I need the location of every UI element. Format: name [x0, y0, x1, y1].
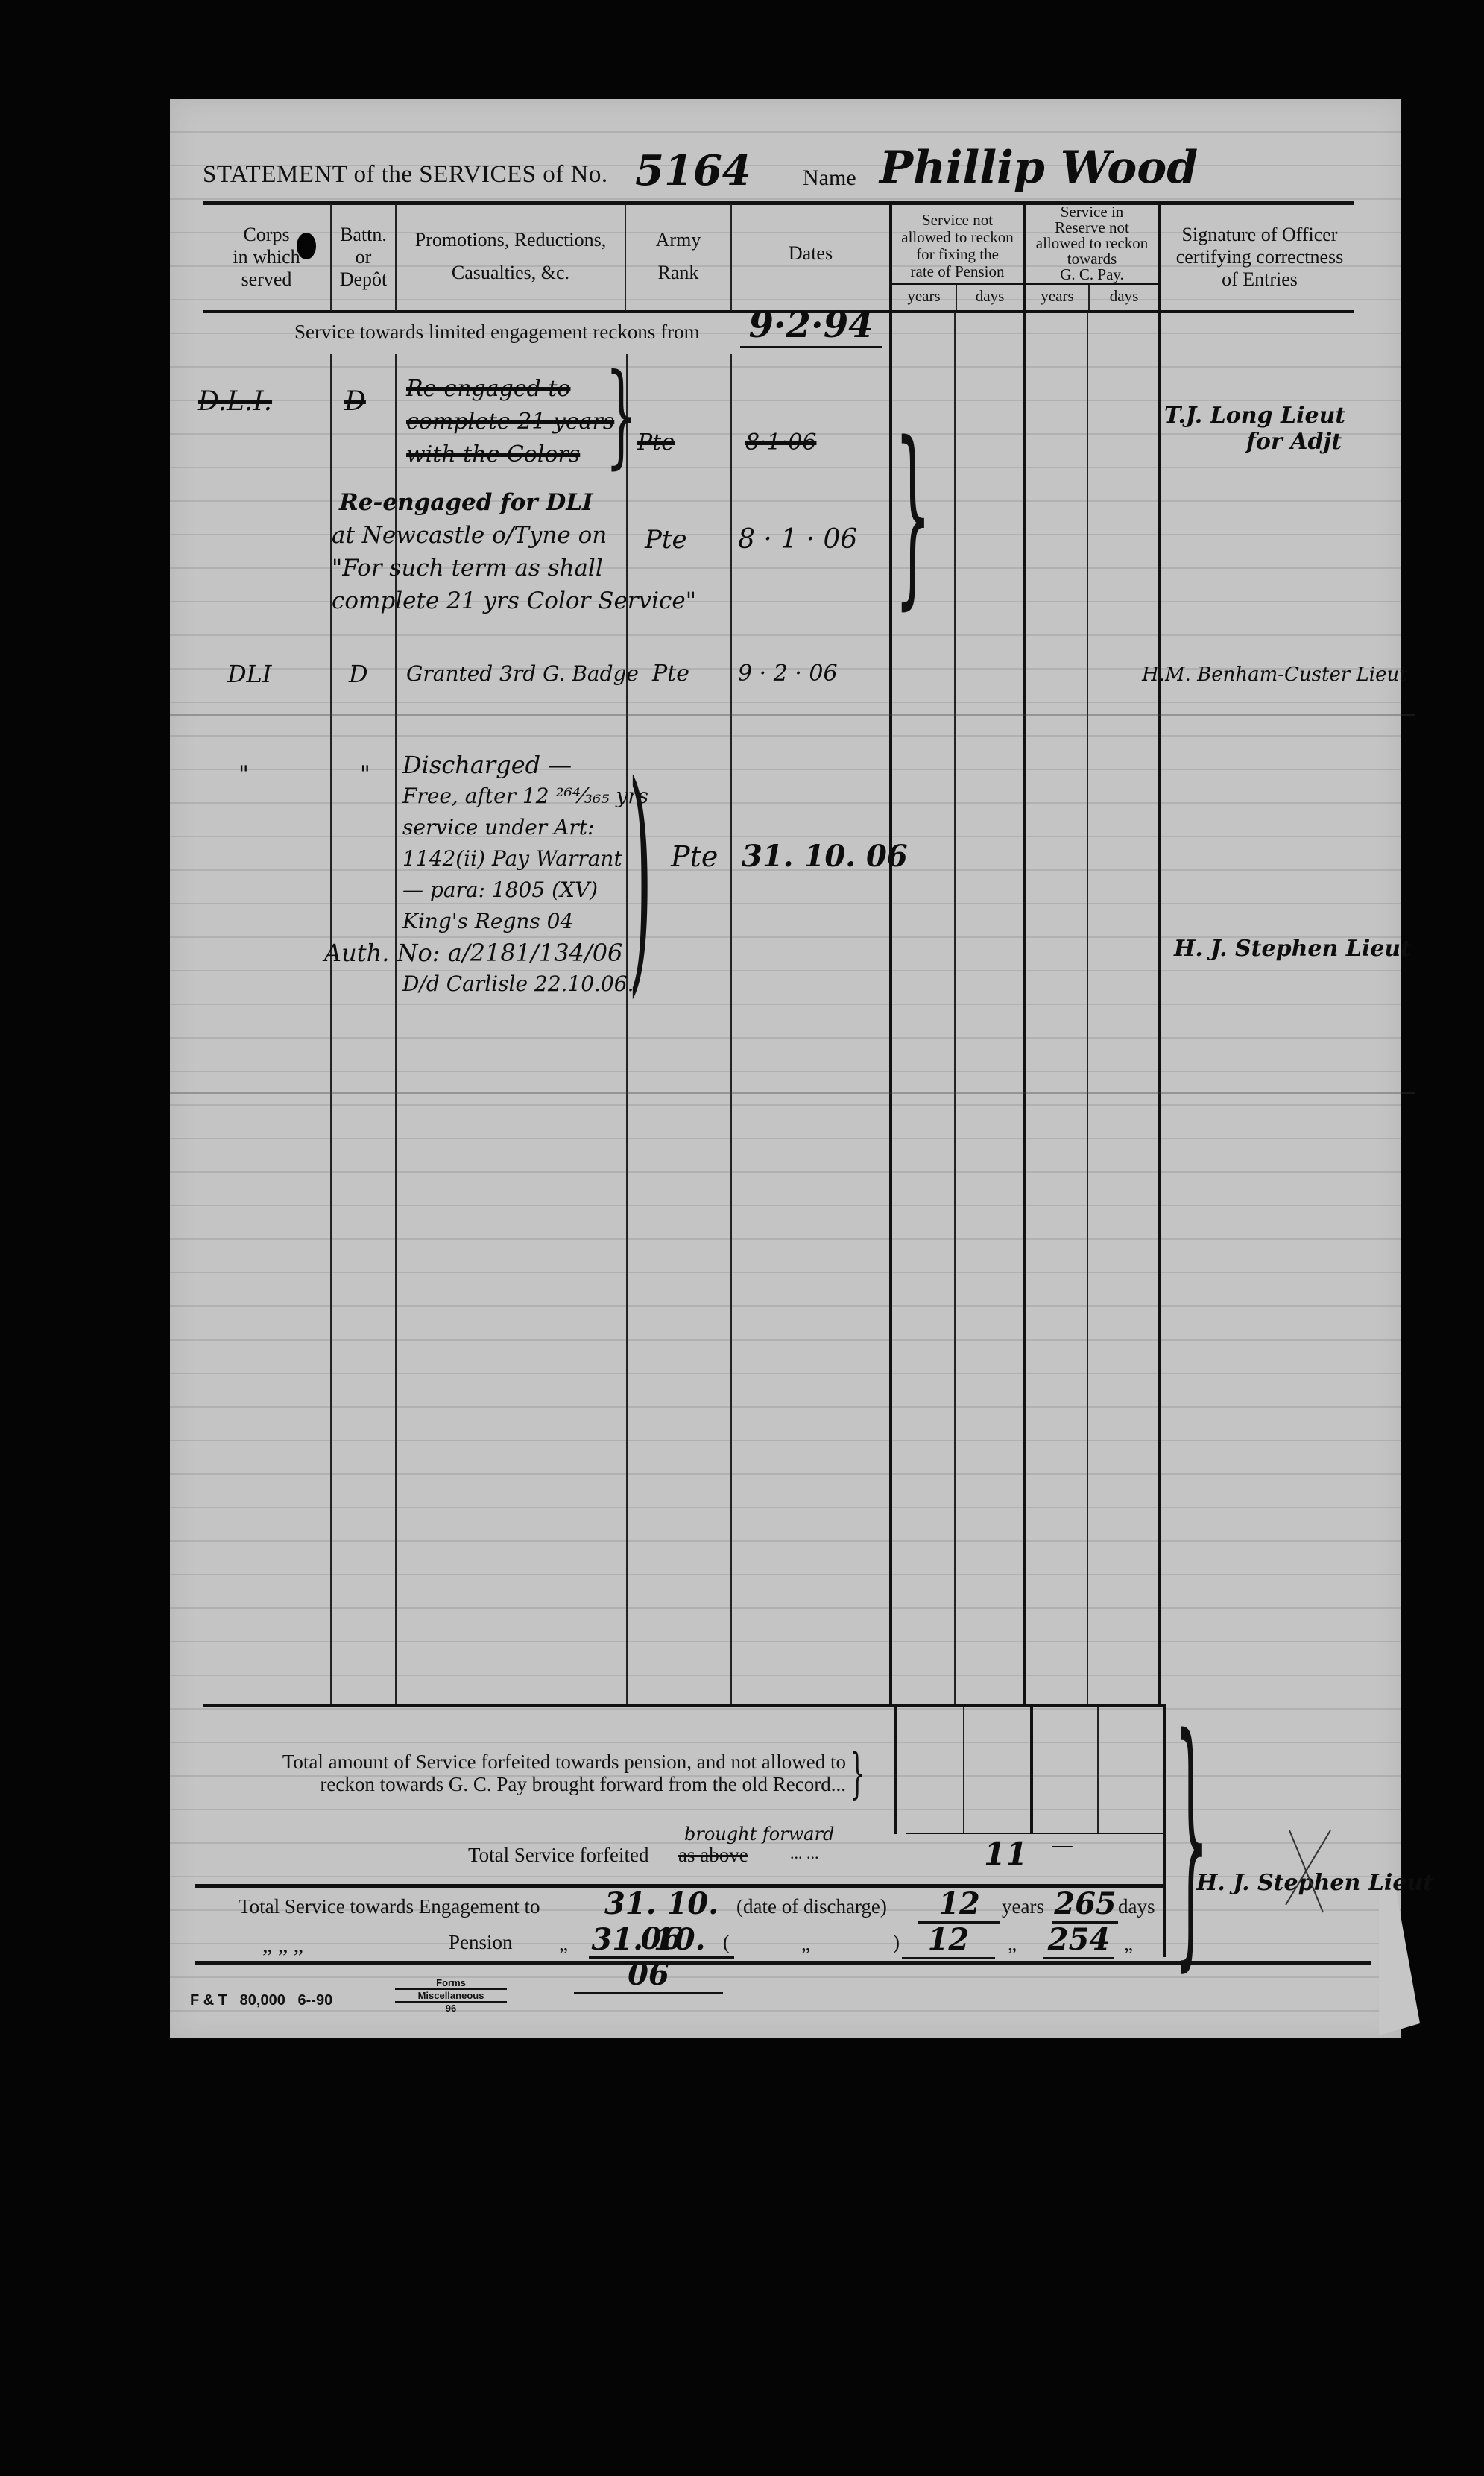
forfeit-subrule [906, 1833, 1163, 1834]
engagement-years: 12 [918, 1886, 1000, 1924]
fold-seam [170, 1092, 1415, 1094]
header-army-rank: ArmyRank [626, 224, 730, 289]
header-pension-group: Service notallowed to reckonfor fixing t… [892, 212, 1023, 280]
entry-corps-struck: D.L.I. [198, 380, 272, 423]
engagement-label: Total Service towards Engagement to [239, 1895, 540, 1918]
header-days: days [958, 288, 1022, 305]
entry-rank-struck: Pte [637, 421, 675, 464]
pension-ditto: „ „ „ [262, 1932, 303, 1958]
form-title: STATEMENT of the SERVICES of No. [203, 161, 608, 189]
entry-battn: D [349, 652, 368, 696]
header-years: years [1026, 288, 1088, 305]
header-days: days [1090, 288, 1158, 305]
header-promotions: Promotions, Reductions,Casualties, &c. [397, 224, 625, 289]
entry-text: Discharged — Free, after 12 ²⁶⁴⁄₃₆₅ yrs … [402, 749, 648, 1000]
entry-rank: Pte [671, 835, 718, 878]
forfeited-gc: — [1051, 1833, 1073, 1859]
header-signature: Signature of Officercertifying correctne… [1163, 224, 1357, 291]
totals-bottom-rule [195, 1961, 1371, 1965]
totals-right-border [1163, 1704, 1166, 1957]
ink-blot [297, 233, 316, 259]
name-label: Name [803, 166, 856, 191]
pension-years-ditto: „ [1008, 1932, 1017, 1956]
printer-code: F & T 80,000 6--90 [190, 1992, 332, 2009]
service-number: 5164 [635, 146, 751, 195]
engagement-days: 265 [1052, 1886, 1118, 1924]
entry-battn-struck: D [344, 380, 366, 423]
pension-days: 254 [1043, 1922, 1114, 1959]
header-top-rule [203, 201, 1354, 205]
days-label: days [1118, 1895, 1155, 1918]
entry-date: 8 · 1 · 06 [738, 518, 857, 561]
brace-icon: } [1174, 1704, 1208, 1972]
col-divider [1158, 312, 1161, 1704]
entry-rank: Pte [645, 518, 687, 561]
limited-engagement-date: 9·2·94 [740, 304, 882, 348]
forfeited-struck: as above [678, 1844, 748, 1867]
officer-signature: H.M. Benham-Custer Lieut [1142, 664, 1407, 686]
col-divider [963, 1707, 964, 1834]
name-value: Phillip Wood [880, 142, 1198, 194]
col-divider [1030, 1707, 1033, 1834]
fold-seam [170, 714, 1415, 716]
col-divider [956, 285, 957, 310]
forfeited-label: Total Service forfeited [468, 1844, 649, 1867]
pension-paren-open: ( [723, 1931, 730, 1954]
col-divider [1088, 285, 1090, 310]
title-prefix: STATEMENT of the SERVICES of No. [203, 161, 608, 188]
engagement-paren: (date of discharge) [736, 1895, 887, 1918]
entry-rank: Pte [652, 652, 689, 696]
form-reference: Forms Miscellaneous 96 [395, 1977, 507, 2014]
header-battn: Battn.orDepôt [332, 224, 395, 291]
forfeited-inserted: brought forward [684, 1824, 834, 1845]
officer-signature: H. J. Stephen Lieut [1174, 936, 1411, 962]
brace-icon: } [605, 359, 637, 471]
brace-icon: ) [628, 753, 652, 999]
forfeited-dots: ... ... [790, 1844, 819, 1863]
pension-quote: „ [559, 1932, 568, 1956]
col-divider [1097, 1707, 1099, 1834]
col-divider [1087, 312, 1088, 1704]
header-years: years [892, 288, 956, 305]
col-divider [1158, 204, 1161, 311]
header-gcpay-group: Service inReserve notallowed to reckonto… [1026, 204, 1158, 283]
entry-corps: DLI [227, 652, 272, 696]
entry-date: 31. 10. 06 [742, 835, 908, 878]
pension-paren-ditto: „ [801, 1932, 810, 1956]
forfeited-days: 11 [984, 1836, 1027, 1872]
pension-years: 12 [902, 1922, 995, 1959]
col-divider [954, 312, 956, 1704]
pension-days-ditto: „ [1124, 1932, 1133, 1956]
col-divider [894, 1707, 897, 1834]
entry-text: Re-engaged for DLI at Newcastle o/Tyne o… [332, 486, 696, 617]
entry-text: Granted 3rd G. Badge [406, 652, 639, 696]
entry-corps-ditto: " [239, 753, 249, 796]
entry-date: 9 · 2 · 06 [738, 652, 838, 696]
col-divider [730, 354, 732, 1704]
pension-label: Pension [449, 1931, 513, 1954]
header-dates: Dates [732, 242, 889, 265]
cross-mark-icon [1282, 1827, 1334, 1916]
forfeited-old-record-label: Total amount of Service forfeited toward… [198, 1751, 846, 1795]
entry-text-struck: Re-engaged tocomplete 21 yearswith the C… [406, 373, 614, 471]
years-label: years [1002, 1895, 1044, 1918]
entry-battn-ditto: " [360, 753, 370, 796]
col-divider [889, 312, 892, 1704]
years-days-subrule [891, 283, 1158, 285]
officer-signature: T.J. Long Lieut for Adjt [1164, 403, 1345, 455]
col-divider [1023, 312, 1026, 1704]
pension-paren-close: ) [893, 1931, 900, 1954]
brace-icon: } [850, 1746, 865, 1800]
limited-engagement-label: Service towards limited engagement recko… [294, 321, 700, 344]
col-divider [1023, 204, 1026, 311]
brace-icon: } [894, 418, 932, 611]
entry-date-struck: 8·1·06 [745, 421, 816, 464]
totals-top-rule [203, 1704, 1164, 1707]
pension-date: 31. 10. 06 [574, 1922, 723, 1994]
